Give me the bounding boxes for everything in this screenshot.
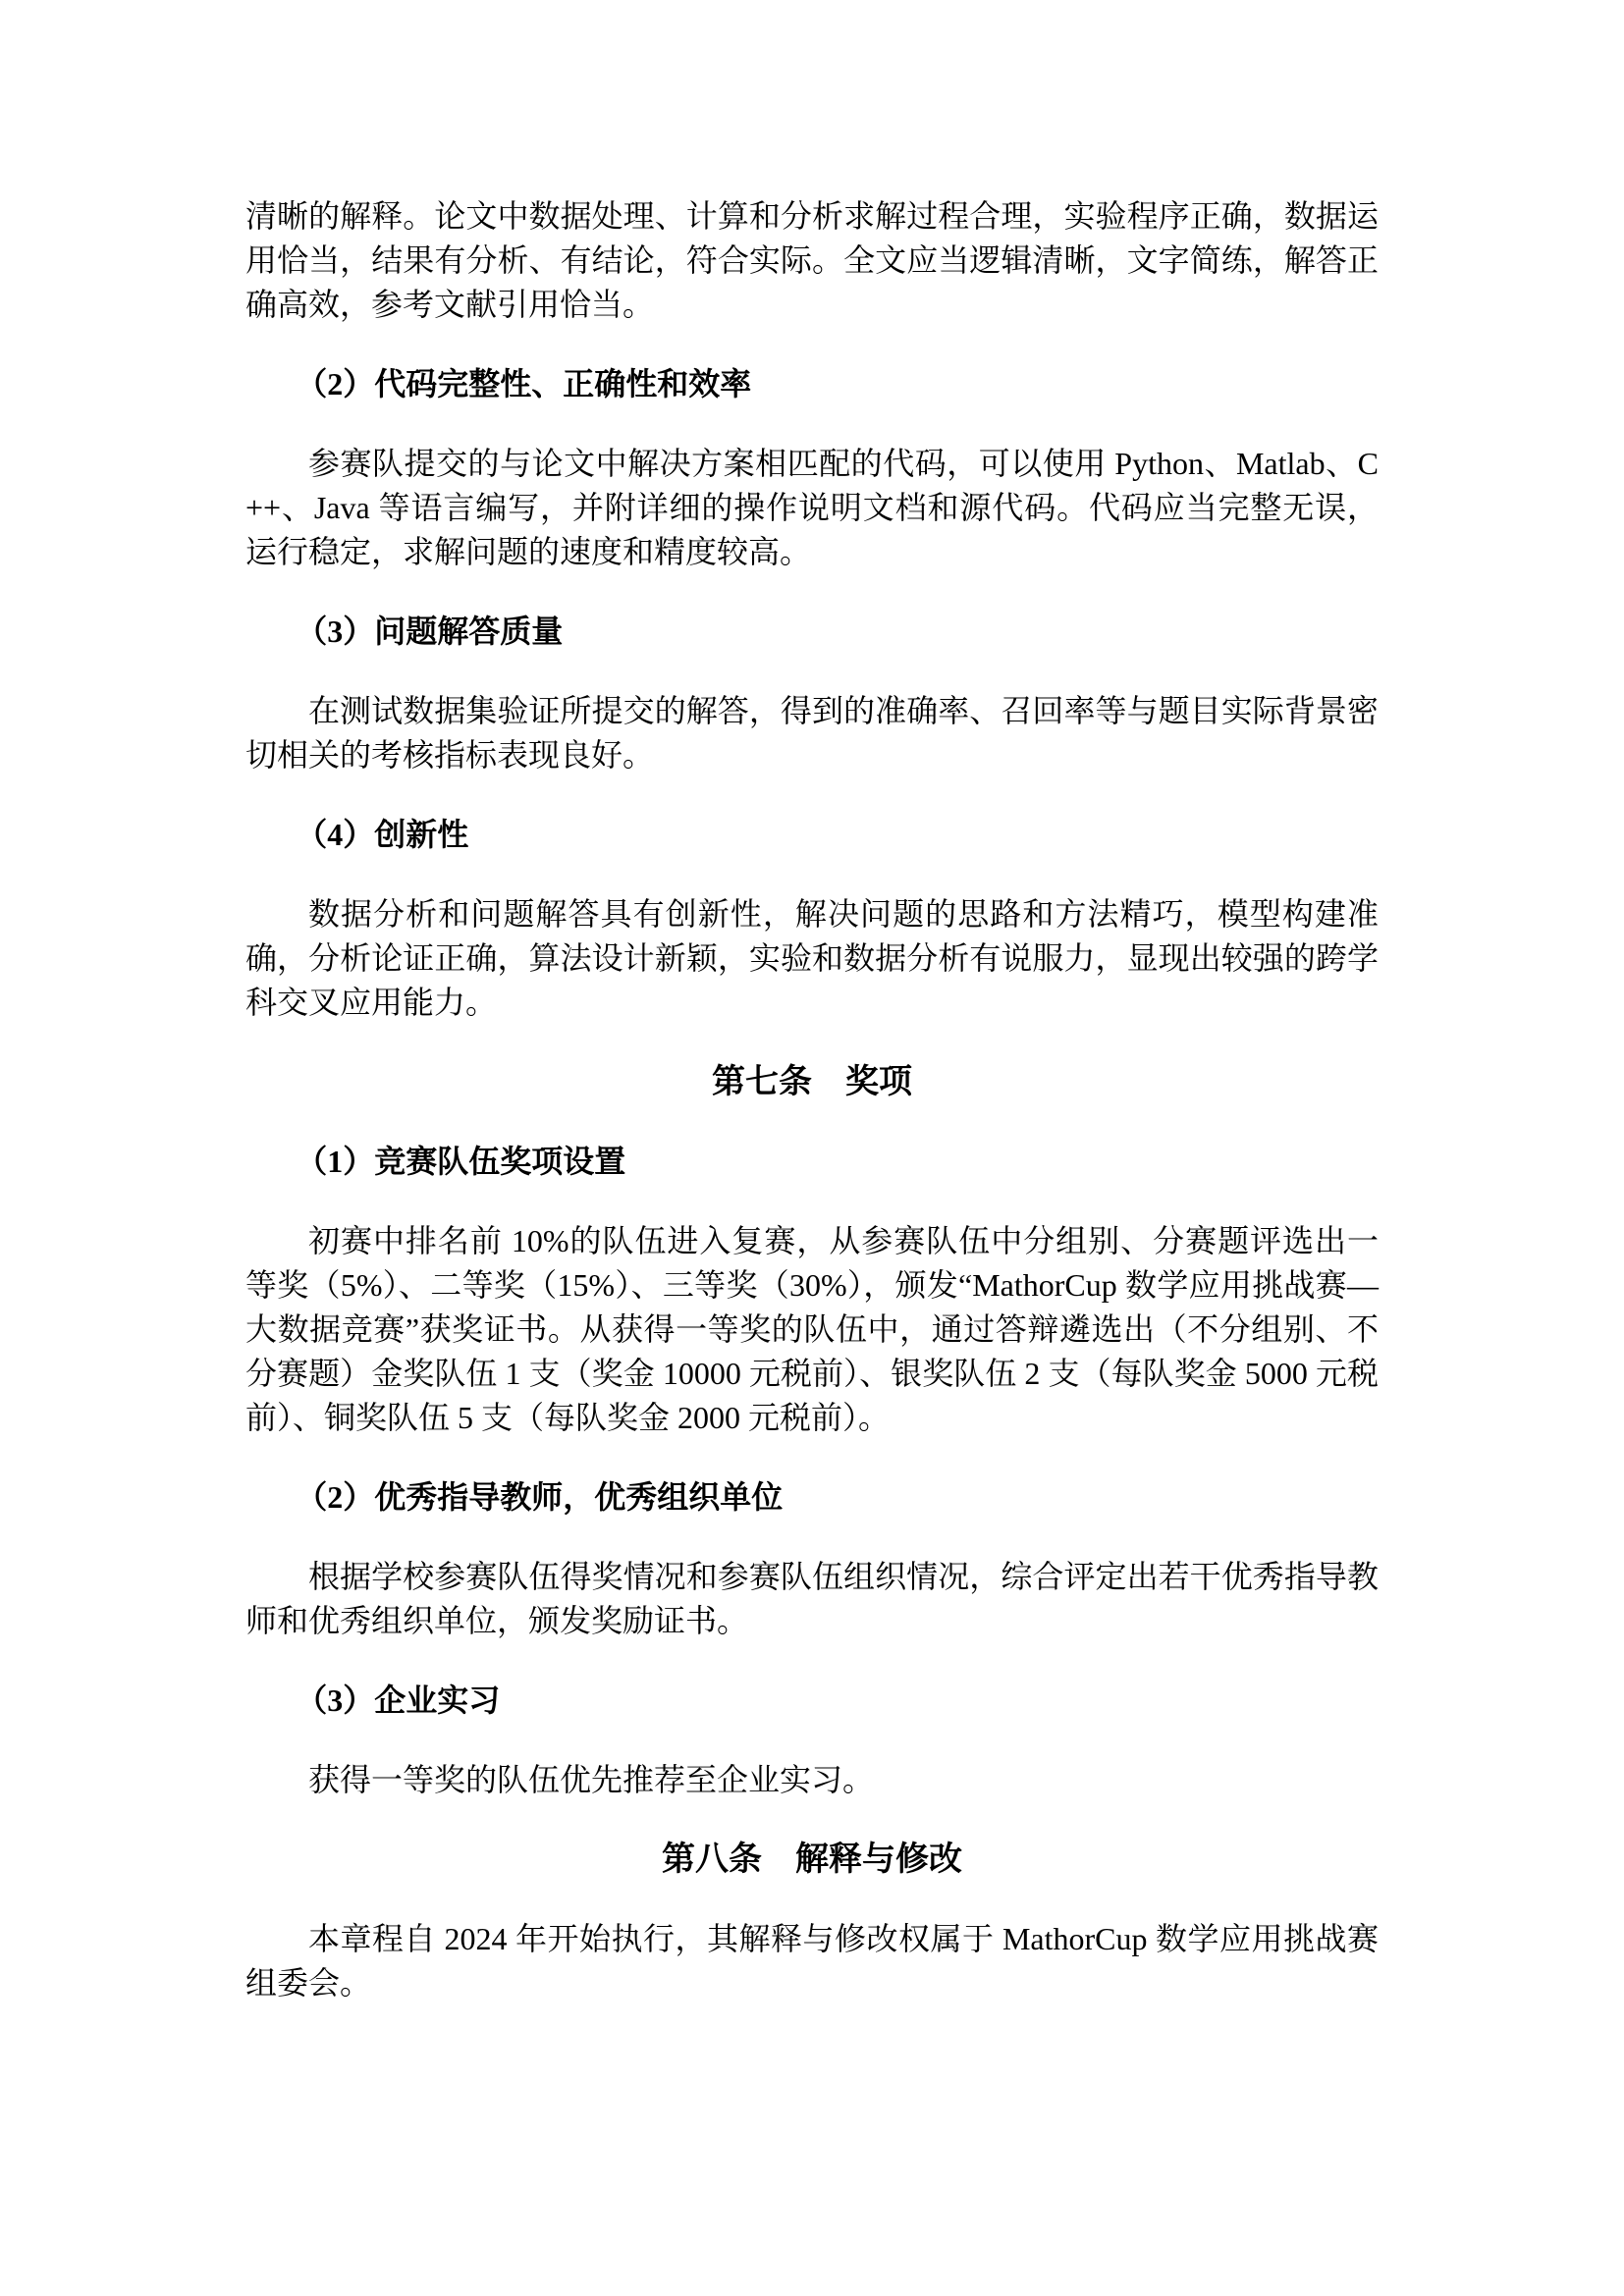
paragraph-award-details: 初赛中排名前 10%的队伍进入复赛，从参赛队伍中分组别、分赛题评选出一等奖（5%… — [245, 1219, 1379, 1440]
continuation-paragraph: 清晰的解释。论文中数据处理、计算和分析求解过程合理，实验程序正确，数据运用恰当，… — [245, 194, 1379, 327]
document-page: 清晰的解释。论文中数据处理、计算和分析求解过程合理，实验程序正确，数据运用恰当，… — [0, 0, 1624, 2296]
heading-innovation: （4）创新性 — [245, 813, 1379, 857]
paragraph-teachers-organizations: 根据学校参赛队伍得奖情况和参赛队伍组织情况，综合评定出若干优秀指导教师和优秀组织… — [245, 1555, 1379, 1643]
paragraph-effective-date: 本章程自 2024 年开始执行，其解释与修改权属于 MathorCup 数学应用… — [245, 1917, 1379, 2005]
heading-answer-quality: （3）问题解答质量 — [245, 610, 1379, 654]
paragraph-innovation: 数据分析和问题解答具有创新性，解决问题的思路和方法精巧，模型构建准确，分析论证正… — [245, 892, 1379, 1025]
heading-code-completeness: （2）代码完整性、正确性和效率 — [245, 362, 1379, 406]
chapter-heading-awards: 第七条 奖项 — [245, 1060, 1379, 1104]
heading-team-awards: （1）竞赛队伍奖项设置 — [245, 1140, 1379, 1184]
heading-teachers-organizations: （2）优秀指导教师，优秀组织单位 — [245, 1475, 1379, 1520]
paragraph-code-requirements: 参赛队提交的与论文中解决方案相匹配的代码，可以使用 Python、Matlab、… — [245, 442, 1379, 574]
paragraph-enterprise-internship: 获得一等奖的队伍优先推荐至企业实习。 — [245, 1758, 1379, 1802]
chapter-heading-interpretation: 第八条 解释与修改 — [245, 1838, 1379, 1882]
heading-enterprise-internship: （3）企业实习 — [245, 1679, 1379, 1723]
paragraph-answer-quality: 在测试数据集验证所提交的解答，得到的准确率、召回率等与题目实际背景密切相关的考核… — [245, 689, 1379, 777]
